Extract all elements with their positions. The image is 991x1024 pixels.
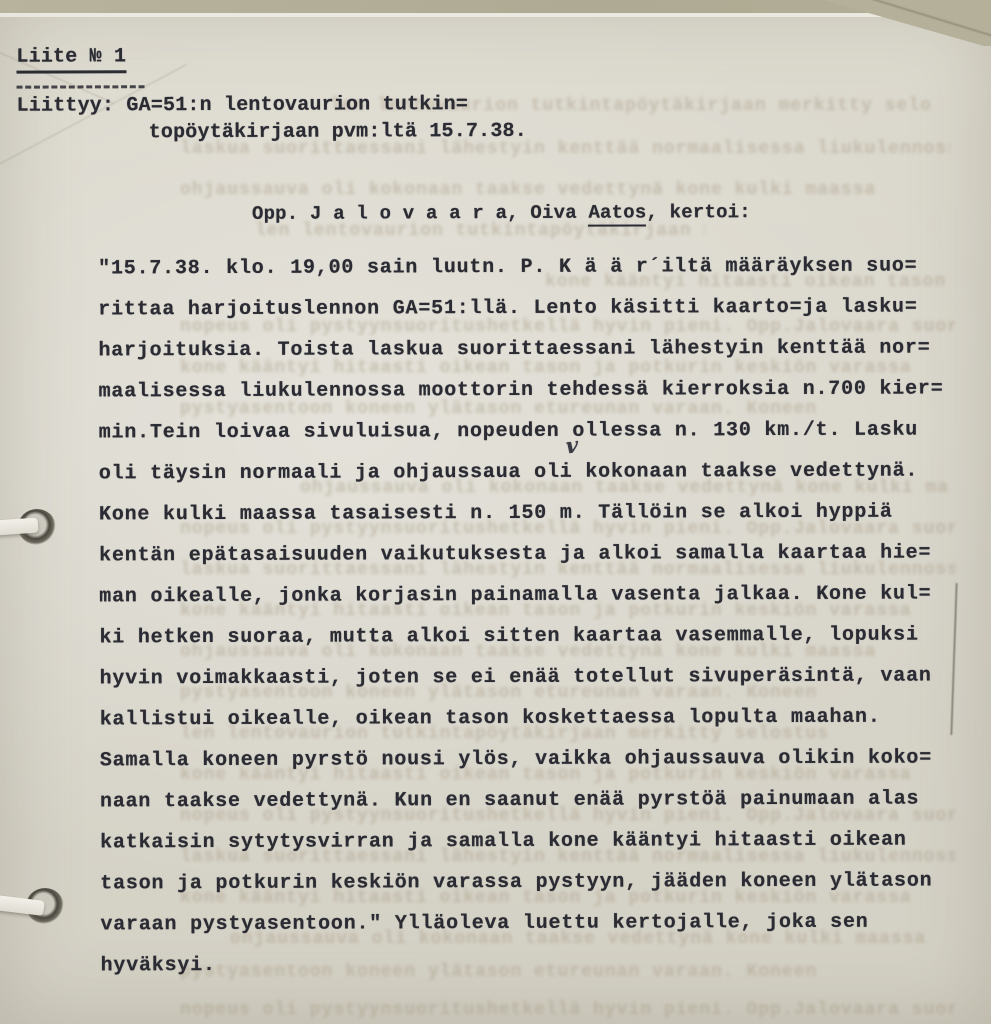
typed-line: hyvin voimakkaasti, joten se ei enää tot… (100, 655, 960, 699)
typed-line: man oikealle, jonka korjasin painamalla … (99, 573, 959, 617)
scanned-document-page: len lentovaurion tutkintapöytäkirjaan me… (0, 0, 991, 1024)
handwritten-correction-mark: v (566, 432, 578, 459)
testimony-heading: Opp. J a l o v a a r a, Oiva Aatos, kert… (252, 201, 751, 225)
typed-line: hyväksyi. (101, 942, 961, 986)
attachment-label: Liite № 1 (16, 45, 126, 73)
relates-to-line-1: Liittyy: GA=51:n lentovaurion tutkin= (17, 93, 469, 118)
typed-line: Samalla koneen pyrstö nousi ylös, vaikka… (100, 737, 960, 781)
typed-line: kentän epätasaisuuden vaikutuksesta ja a… (99, 532, 959, 576)
typed-line: oli täysin normaali ja ohjaussaua oli ko… (99, 450, 959, 494)
binder-lace-top (0, 518, 38, 536)
typewritten-text-layer: Liite № 1 Liittyy: GA=51:n lentovaurion … (0, 0, 991, 1024)
typed-line: Kone kulki maassa tasaisesti n. 150 m. T… (99, 491, 959, 535)
typed-line: tason ja potkurin keskiön varassa pystyy… (100, 860, 960, 904)
typed-line: ki hetken suoraa, mutta alkoi sitten kaa… (99, 614, 959, 658)
attachment-label-text: Liite № 1 (16, 45, 126, 73)
heading-post: , kertoi: (646, 201, 750, 223)
typed-line: maalisessa liukulennossa moottorin tehde… (99, 368, 959, 412)
typed-line: varaan pystyasentoon." Ylläoleva luettu … (100, 901, 960, 945)
typed-line: rittaa harjoituslennon GA=51:llä. Lento … (98, 286, 958, 330)
typed-line: harjoituksia. Toista laskua suorittaessa… (98, 327, 958, 371)
typed-line: kallistui oikealle, oikean tason koskett… (100, 696, 960, 740)
heading-underlined-name: Aatos (588, 201, 646, 226)
testimony-paragraph: "15.7.38. klo. 19,00 sain luutn. P. K ä … (98, 245, 961, 986)
typed-line: "15.7.38. klo. 19,00 sain luutn. P. K ä … (98, 245, 958, 289)
heading-pre: Opp. J a l o v a a r a, Oiva (252, 202, 589, 225)
typed-line: katkaisin sytytysvirran ja samalla kone … (100, 819, 960, 863)
typed-line: min.Tein loivaa sivuluisua, nopeuden oll… (99, 409, 959, 453)
typed-line: naan taakse vedettynä. Kun en saanut enä… (100, 778, 960, 822)
relates-to-line-2: topöytäkirjaan pvm:ltä 15.7.38. (149, 120, 527, 144)
dashed-underline (17, 85, 145, 88)
